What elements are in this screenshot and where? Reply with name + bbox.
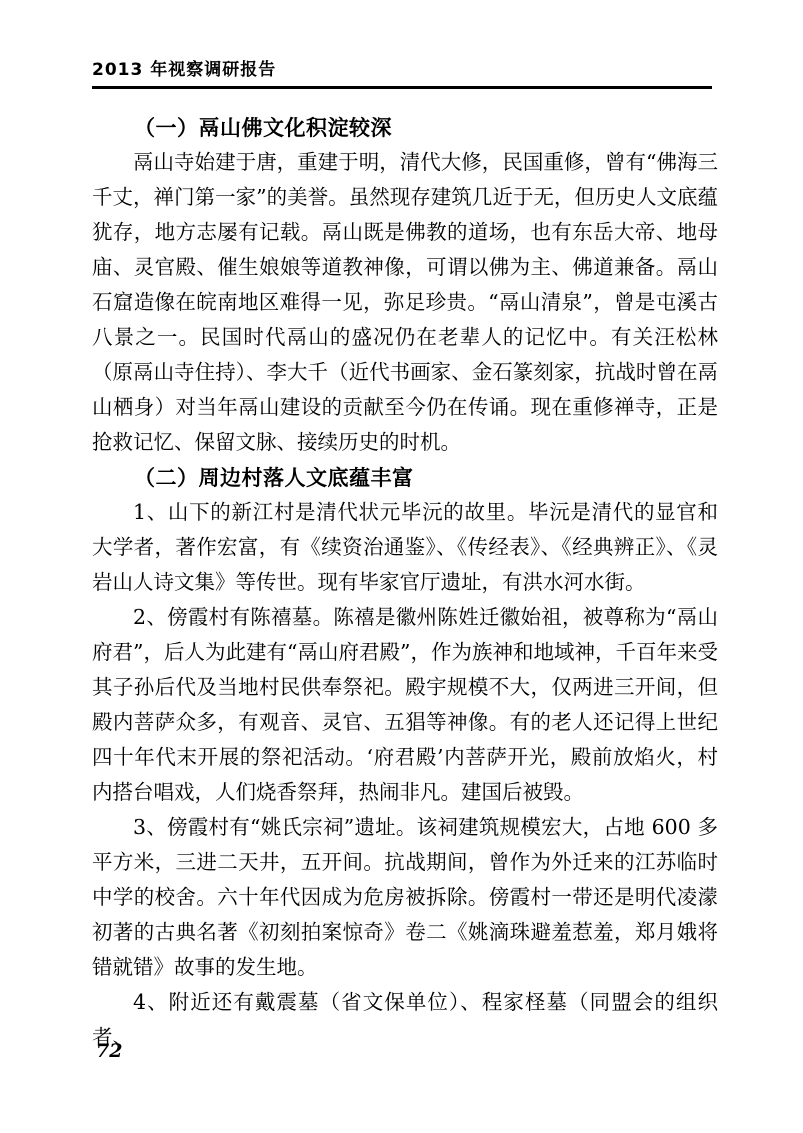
section-2-paragraph-3: 3、傍霞村有“姚氏宗祠”遗址。该祠建筑规模宏大，占地 600 多平方米，三进二天… xyxy=(92,810,718,985)
document-body: （一）鬲山佛文化积淀较深 鬲山寺始建于唐，重建于明，清代大修，民国重修，曾有“佛… xyxy=(92,110,718,1055)
section-2-paragraph-1: 1、山下的新江村是清代状元毕沅的故里。毕沅是清代的显官和大学者，著作宏富，有《续… xyxy=(92,495,718,600)
page-footer: 72 xyxy=(96,1040,122,1062)
page-header: 2013 年视察调研报告 xyxy=(92,60,712,89)
page-number: 72 xyxy=(96,1040,122,1062)
section-2-paragraph-2: 2、傍霞村有陈禧墓。陈禧是徽州陈姓迁徽始祖，被尊称为“鬲山府君”，后人为此建有“… xyxy=(92,600,718,810)
header-rule xyxy=(92,86,712,89)
section-2-paragraph-4: 4、附近还有戴震墓（省文保单位）、程家柽墓（同盟会的组织者、 xyxy=(92,985,718,1055)
section-1-heading: （一）鬲山佛文化积淀较深 xyxy=(92,110,718,145)
report-header-title: 2013 年视察调研报告 xyxy=(92,60,712,80)
section-2-heading: （二）周边村落人文底蕴丰富 xyxy=(92,460,718,495)
document-page: 2013 年视察调研报告 （一）鬲山佛文化积淀较深 鬲山寺始建于唐，重建于明，清… xyxy=(0,0,803,1133)
section-1-paragraph-1: 鬲山寺始建于唐，重建于明，清代大修，民国重修，曾有“佛海三千丈，禅门第一家”的美… xyxy=(92,145,718,460)
